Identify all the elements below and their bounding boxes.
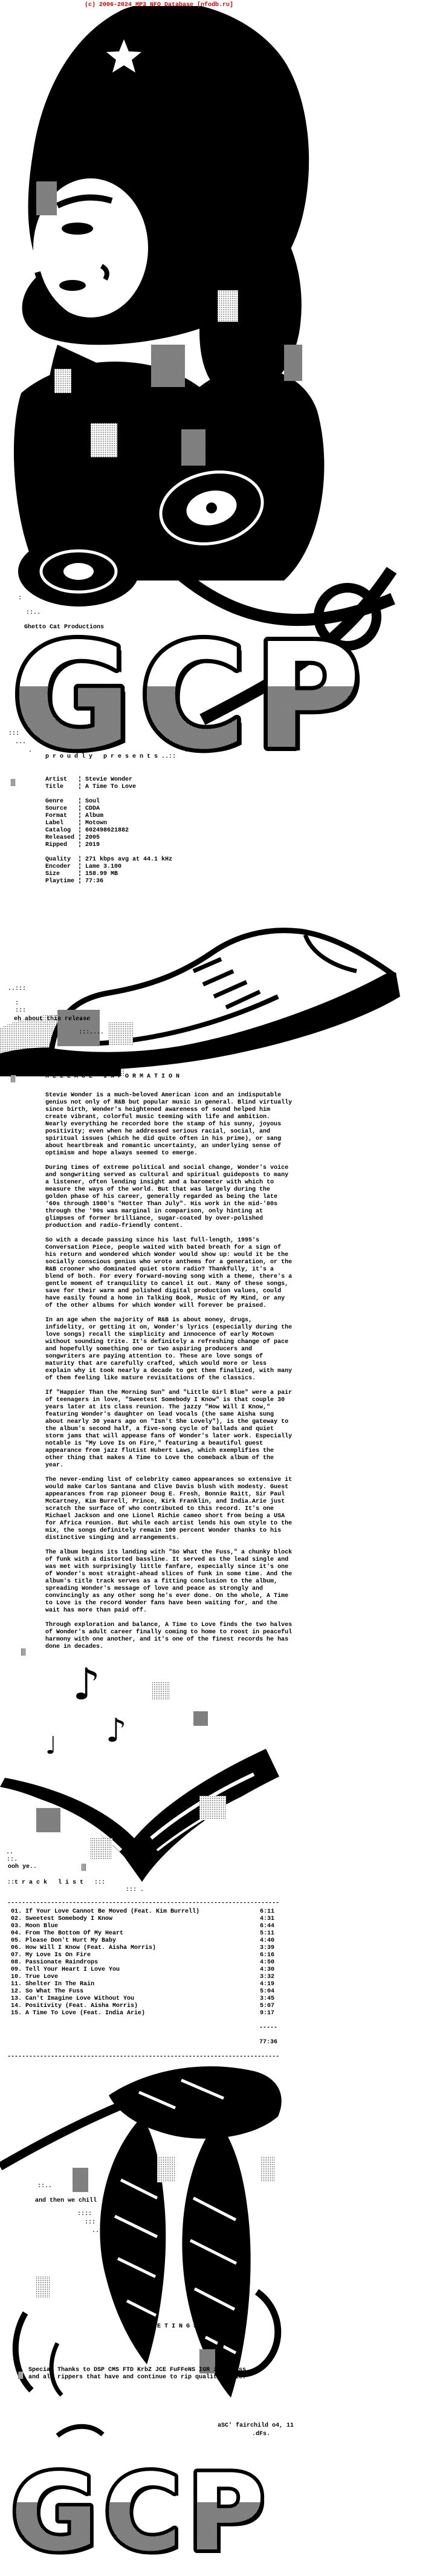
track-row: 14. Positivity (Feat. Aisha Morris) 5:07 — [11, 2003, 274, 2010]
dither-chip — [21, 1648, 26, 1656]
deco-dots: ::: — [85, 2219, 95, 2226]
track-row: 12. So What The Fuss 5:04 — [11, 1988, 274, 1995]
dj-girl-ascii-art — [0, 6, 338, 614]
track-row: 15. A Time To Love (Feat. India Arie) 9:… — [11, 2010, 274, 2017]
deco-dots: :.. — [184, 747, 195, 755]
track-number-and-title: 09. Tell Your Heart I Love You — [11, 1966, 120, 1974]
track-length: 3:39 — [260, 1945, 274, 1952]
deco-dots: ::: . — [126, 1887, 144, 1894]
track-number-and-title: 08. Passionate Raindrops — [11, 1959, 98, 1966]
group-name-label: Ghetto Cat Productions — [24, 624, 104, 631]
tracklist-divider: ----------------------------------------… — [7, 2054, 279, 2061]
track-row: 08. Passionate Raindrops 4:50 — [11, 1959, 274, 1966]
track-number-and-title: 11. Shelter In The Rain — [11, 1981, 94, 1988]
track-row: 10. True Love 3:32 — [11, 1974, 274, 1981]
track-row: 01. If Your Love Cannot Be Moved (Feat. … — [11, 1908, 274, 1916]
deco-dots: ::.. — [37, 2183, 52, 2190]
dither-chip — [11, 779, 16, 786]
gcp-logo-top: GCP GCP GCP — [0, 565, 399, 795]
track-number-and-title: 06. How Will I Know (Feat. Aisha Morris) — [11, 1945, 156, 1952]
track-length: 6:16 — [260, 1952, 274, 1959]
special-thanks-text: Special Thanks to DSP CMS FTD KrbZ JCE F… — [28, 2367, 246, 2381]
deco-dots: ::: — [15, 1007, 26, 1015]
gcp-logo-bottom: GCP GCP GCP — [0, 2424, 284, 2569]
tracklist-heading: ::t r a c k l i s t ::: — [7, 1879, 105, 1887]
track-number-and-title: 05. Please Don't Hurt My Baby — [11, 1937, 116, 1945]
track-length: 9:17 — [260, 2010, 274, 2017]
release-info-block: Artist ¦ Stevie Wonder Title ¦ A Time To… — [45, 776, 172, 885]
total-divider: ----- — [259, 2025, 277, 2032]
track-length: 5:11 — [260, 1930, 274, 1937]
track-number-and-title: 10. True Love — [11, 1974, 58, 1981]
track-length: 4:31 — [260, 1916, 274, 1923]
deco-dots: ::.. — [26, 610, 40, 617]
track-length: 6:44 — [260, 1923, 274, 1930]
track-row: 13. Can't Imagine Love Without You 3:45 — [11, 1995, 274, 2003]
deco-dots: : — [18, 595, 22, 602]
track-number-and-title: 13. Can't Imagine Love Without You — [11, 1995, 134, 2003]
track-row: 03. Moon Blue 6:44 — [11, 1923, 274, 1930]
greetings-heading: G R E E T I N G S — [135, 2323, 197, 2330]
tracklist-divider: ----------------------------------------… — [7, 1900, 279, 1907]
track-row: 05. Please Don't Hurt My Baby 4:40 — [11, 1937, 274, 1945]
track-row: 09. Tell Your Heart I Love You 4:30 — [11, 1966, 274, 1974]
nfodb-copyright-banner: (c) 2006-2024 MP3 NFO Database [nfodb.ru… — [85, 2, 233, 9]
track-length: 6:11 — [260, 1908, 274, 1916]
track-number-and-title: 14. Positivity (Feat. Aisha Morris) — [11, 2003, 138, 2010]
release-information-heading: R E L E A S E I N F O R M A T I O N — [45, 1073, 180, 1081]
track-number-and-title: 02. Sweetest Somebody I Know — [11, 1916, 112, 1923]
track-row: 04. From The Bottom Of My Heart 5:11 — [11, 1930, 274, 1937]
music-swoosh-ascii-art: ♪ ♪ ♩ — [0, 1657, 290, 1899]
track-length: 4:50 — [260, 1959, 274, 1966]
track-number-and-title: 12. So What The Fuss — [11, 1988, 83, 1995]
ascii-artist-credit: aSC' fairchild o4, 11 — [218, 2422, 294, 2430]
music-note-icon: ♪ — [106, 1711, 126, 1749]
art-group-signature: .dFs. — [252, 2431, 270, 2438]
dither-chip — [11, 1075, 16, 1082]
track-length: 4:30 — [260, 1966, 274, 1974]
dither-chip — [82, 1864, 86, 1871]
deco-dots: ::. — [7, 1856, 18, 1864]
track-length: 4:19 — [260, 1981, 274, 1988]
dither-chip — [18, 2372, 23, 2379]
deco-dots: .. — [6, 1849, 13, 1856]
music-note-icon: ♩ — [45, 1732, 57, 1760]
deco-dots: .. — [99, 1038, 106, 1045]
track-row: 06. How Will I Know (Feat. Aisha Morris)… — [11, 1945, 274, 1952]
leaves-ascii-art — [0, 2059, 290, 2413]
deco-dots: ... — [15, 739, 26, 746]
track-list: 01. If Your Love Cannot Be Moved (Feat. … — [11, 1908, 274, 2017]
chill-note: and then we chill — [35, 2197, 97, 2205]
sneaker-ascii-art — [0, 901, 405, 1076]
track-length: 3:32 — [260, 1974, 274, 1981]
deco-dots: ::: — [8, 730, 19, 738]
track-length: 5:07 — [260, 2003, 274, 2010]
track-number-and-title: 07. My Love Is On Fire — [11, 1952, 91, 1959]
track-number-and-title: 15. A Time To Love (Feat. India Arie) — [11, 2010, 145, 2017]
track-row: 02. Sweetest Somebody I Know 4:31 — [11, 1916, 274, 1923]
track-length: 5:04 — [260, 1988, 274, 1995]
deco-dots: : — [15, 1000, 19, 1007]
deco-dots: :::: — [77, 2211, 92, 2218]
nfo-page: GCP GCP GCP — [0, 0, 440, 2576]
tracklist-teaser-note: ooh ye.. — [8, 1864, 37, 1871]
track-number-and-title: 03. Moon Blue — [11, 1923, 58, 1930]
deco-dots: ..::: — [8, 986, 26, 993]
leaf-right — [182, 2119, 250, 2398]
release-notes-text: Stevie Wonder is a much-beloved American… — [45, 1092, 292, 1651]
music-note-icon: ♪ — [73, 1659, 100, 1709]
about-teaser-note: eh about this release — [14, 1016, 90, 1023]
track-row: 11. Shelter In The Rain 4:19 — [11, 1981, 274, 1988]
track-length: 3:45 — [260, 1995, 274, 2003]
deco-dots: . — [28, 747, 32, 755]
deco-dots: .. — [92, 2228, 99, 2235]
track-length: 4:40 — [260, 1937, 274, 1945]
track-number-and-title: 01. If Your Love Cannot Be Moved (Feat. … — [11, 1908, 199, 1916]
track-number-and-title: 04. From The Bottom Of My Heart — [11, 1930, 123, 1937]
proudly-presents-line: p r o u d l y p r e s e n t s ..:: — [45, 753, 176, 761]
track-row: 07. My Love Is On Fire 6:16 — [11, 1952, 274, 1959]
total-playtime: 77:36 — [259, 2039, 277, 2046]
deco-dots: :::.... — [79, 1029, 104, 1036]
